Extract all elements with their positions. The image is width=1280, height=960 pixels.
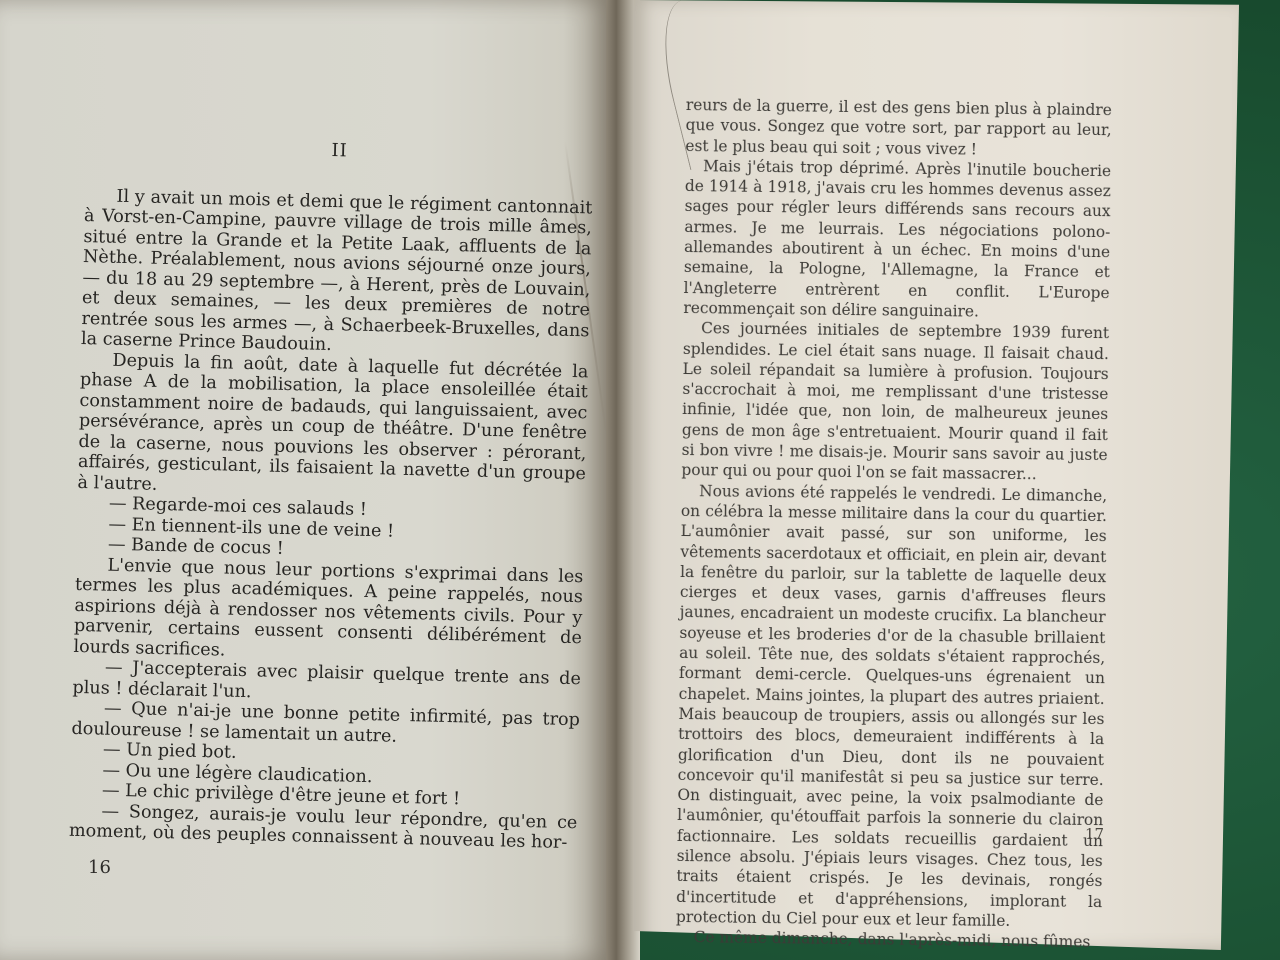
paragraph: L'envie que nous leur portions s'exprima… [73, 554, 583, 669]
paragraph-continuation: reurs de la guerre, il est des gens bien… [685, 95, 1112, 161]
page-number-right: 17 [1085, 825, 1104, 843]
paragraph: Mais j'étais trop déprimé. Après l'inuti… [683, 156, 1111, 324]
right-page-text: reurs de la guerre, il est des gens bien… [676, 95, 1112, 953]
left-page-text: II Il y avait un mois et demi que le rég… [69, 135, 594, 854]
book-photo: II Il y avait un mois et demi que le rég… [0, 0, 1280, 960]
paragraph: Nous avions été rappelés le vendredi. Le… [676, 481, 1107, 933]
paragraph: Ces journées initiales de septembre 1939… [681, 318, 1109, 486]
page-number-left: 16 [88, 857, 111, 878]
paragraph: Il y avait un mois et demi que le régime… [81, 185, 593, 361]
paragraph: Depuis la fin août, date à laquelle fut … [77, 349, 588, 505]
